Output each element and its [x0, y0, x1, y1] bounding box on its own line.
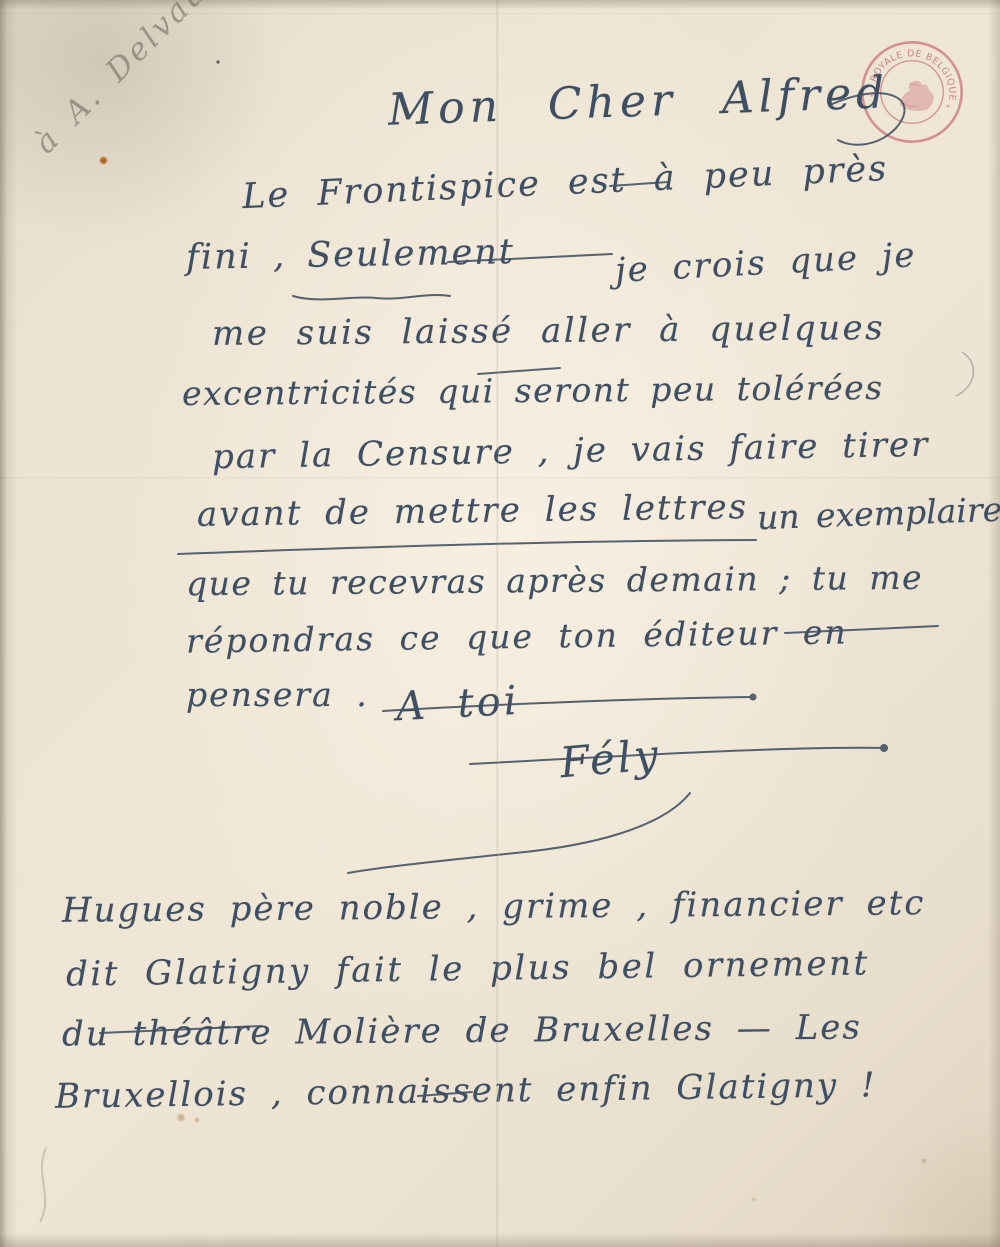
stain-foxing-2 [194, 1117, 200, 1123]
body-line-3: me suis laissé aller à quelques [212, 311, 885, 351]
ink-speck [216, 60, 219, 63]
body-line-6a: avant de mettre les lettres [197, 490, 748, 532]
salutation: Mon Cher Alfred [387, 71, 890, 132]
body-line-9: pensera . [186, 678, 369, 711]
stamp-side-mark-right: * [945, 103, 950, 112]
body-line-8: répondras ce que ton éditeur en [186, 615, 848, 657]
body-line-2a: fini , Seulement [186, 235, 515, 276]
body-line-6b: un exemplaire [756, 493, 1000, 535]
body-line-5: par la Censure , je vais faire tirer [212, 428, 930, 475]
signature-overline [470, 748, 884, 764]
stain-foxing-4 [751, 1197, 756, 1202]
body-line-4: excentricités qui seront peu tolérées [182, 371, 884, 410]
pencil-squiggle-bottom-left [40, 1148, 46, 1222]
closing-a-toi: A toi [395, 681, 520, 727]
stamp-lion-emblem [899, 79, 936, 114]
postscript-line-3: du théâtre Molière de Bruxelles — Les [62, 1011, 862, 1052]
stain-foxing-3 [921, 1158, 927, 1164]
pencil-annotation: à A. Delvau [27, 0, 214, 161]
postscript-line-4: Bruxellois , connaissent enfin Glatigny … [55, 1068, 877, 1113]
letter-page: à A. Delvau ROYALE DE BELGIQUE * * Mon C… [0, 0, 1000, 1247]
postscript-line-1: Hugues père noble , grime , financier et… [62, 886, 926, 928]
signature-name: Fély [558, 734, 662, 785]
signature-paraph [348, 793, 690, 873]
body-line-1: Le Frontispice est à peu près [242, 152, 889, 215]
postscript-line-2: dit Glatigny fait le plus bel ornement [66, 946, 870, 991]
horizontal-crease-middle [0, 477, 1000, 480]
stroke-end-dot-1 [751, 695, 756, 700]
rule-under-lettres [178, 540, 756, 554]
body-line-7: que tu recevras après demain ; tu me [186, 561, 923, 600]
underline-seulement [293, 295, 450, 299]
right-edge-pen-mark [956, 352, 973, 396]
stroke-end-dot-2 [881, 745, 887, 751]
stain-orange-dot [99, 156, 108, 165]
body-line-2b: je crois que je [614, 238, 917, 288]
